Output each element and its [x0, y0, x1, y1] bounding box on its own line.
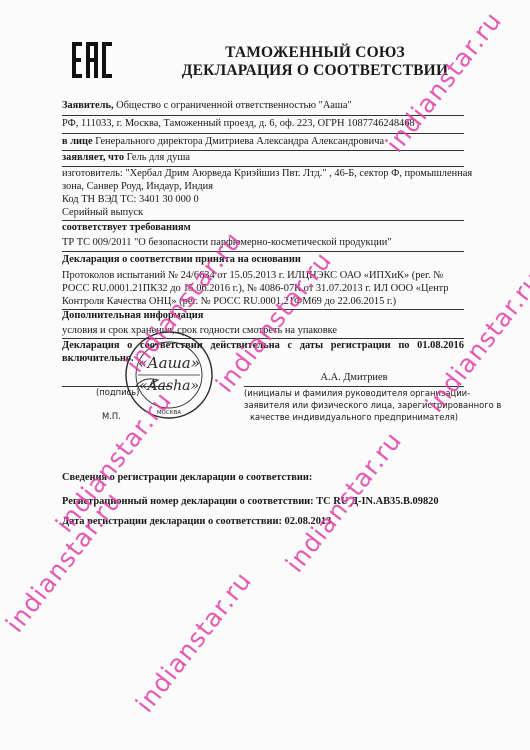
title-line-1: ТАМОЖЕННЫЙ СОЮЗ [150, 44, 480, 62]
divider [62, 220, 464, 221]
requirements-label: соответствует требованиям [62, 222, 462, 235]
basis-line-1: Протоколов испытаний № 24/6634 от 15.05.… [62, 270, 462, 283]
divider [62, 166, 464, 167]
signatory-name: А.А. Дмитриев [244, 372, 464, 385]
basis-label: Декларация о соответствии принята на осн… [62, 254, 462, 267]
declaration-page: ТАМОЖЕННЫЙ СОЮЗ ДЕКЛАРАЦИЯ О СООТВЕТСТВИ… [0, 0, 530, 750]
validity-word: даты [300, 340, 323, 353]
validity-word: по [398, 340, 409, 353]
hs-code: Код ТН ВЭД ТС: 3401 30 000 0 [62, 194, 462, 207]
serial-release: Серийный выпуск [62, 207, 462, 220]
manufacturer-line-1: изготовитель: "Хербал Дрим Аюрведа Криэй… [62, 168, 462, 181]
watermark: indianstar.ru [130, 566, 258, 718]
registration-date: Дата регистрации декларации о соответств… [62, 516, 462, 529]
validity-word: регистрации [331, 340, 391, 353]
name-caption-3: качестве индивидуального предпринимателя… [244, 411, 464, 424]
eac-mark-icon [72, 42, 112, 78]
basis-line-3: Контроля Качества ОНЦ» (рег. № РОСС RU.0… [62, 296, 462, 309]
basis-line-2: РОСС RU.0001.21ПК32 до 15.06.2016 г.), №… [62, 283, 462, 296]
requirements-value: ТР ТС 009/2011 "О безопасности парфюмерн… [62, 237, 462, 250]
validity-word: Декларация [62, 340, 119, 353]
seal-caption: М.П. [102, 410, 121, 423]
manufacturer-line-2: зона, Санвер Роуд, Индаур, Индия [62, 181, 462, 194]
validity-word: с [287, 340, 292, 353]
divider [62, 251, 464, 252]
signature-caption: (подпись) [96, 386, 139, 399]
